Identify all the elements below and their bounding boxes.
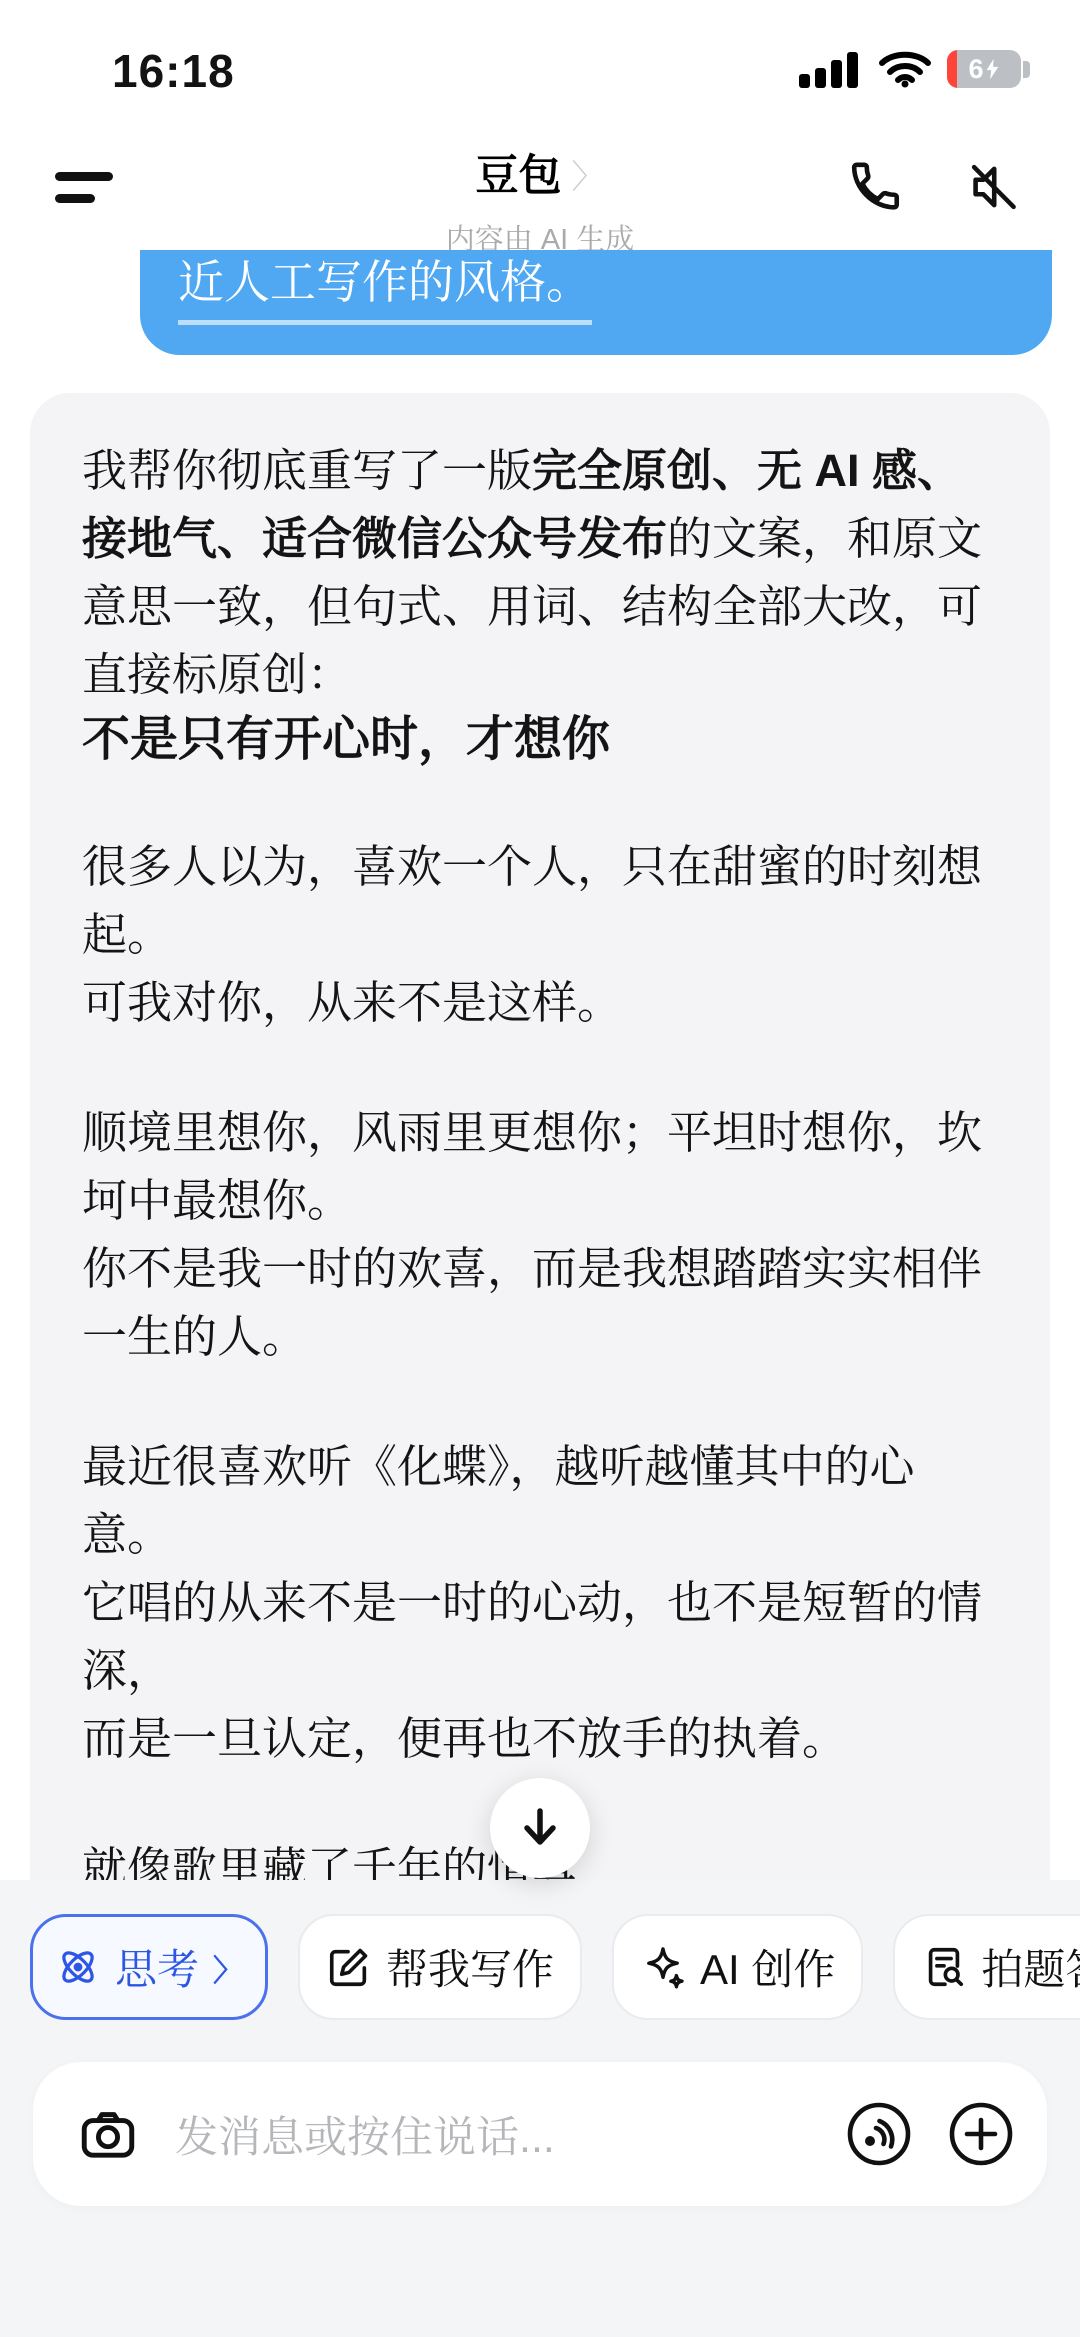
chevron-right-icon: 〉 — [572, 151, 605, 198]
ai-intro-paragraph: 我帮你彻底重写了一版完全原创、无 AI 感、接地气、适合微信公众号发布的文案，和… — [82, 437, 998, 709]
cellular-signal-icon — [799, 50, 863, 88]
thinking-button-label: 思考 — [115, 1937, 199, 1997]
bot-title[interactable]: 豆包 〉 — [0, 142, 1080, 203]
status-time: 16:18 — [112, 44, 235, 98]
chevron-right-icon: 〉 — [213, 1946, 243, 1990]
photo-solve-label: 拍题答疑 — [981, 1937, 1080, 1997]
sparkle-icon — [640, 1944, 686, 1990]
ai-paragraph: 最近很喜欢听《化蝶》，越听越懂其中的心意。 它唱的从来不是一时的心动，也不是短暂… — [82, 1433, 998, 1773]
page-title: 豆包 — [476, 142, 562, 203]
scroll-to-bottom-button[interactable] — [490, 1778, 590, 1878]
help-me-write-label: 帮我写作 — [386, 1937, 554, 1997]
message-input-bar[interactable]: 发消息或按住说话... — [33, 2062, 1047, 2206]
charging-bolt-icon — [985, 57, 1000, 81]
ai-paragraph: 顺境里想你，风雨里更想你；平坦时想你，坎坷中最想你。 你不是我一时的欢喜，而是我… — [82, 1099, 998, 1371]
wifi-icon — [879, 50, 931, 88]
ai-message-bubble: 我帮你彻底重写了一版完全原创、无 AI 感、接地气、适合微信公众号发布的文案，和… — [30, 393, 1050, 1880]
quick-actions-toolbar: 思考 〉 帮我写作 AI 创作 — [30, 1914, 1080, 2020]
doc-search-icon — [921, 1944, 967, 1990]
camera-icon[interactable] — [75, 2103, 141, 2165]
arrow-down-icon — [517, 1805, 563, 1851]
plus-icon[interactable] — [947, 2100, 1015, 2168]
atom-think-icon — [55, 1944, 101, 1990]
edit-pen-icon — [326, 1944, 372, 1990]
status-icons: 6 — [799, 50, 1030, 88]
battery-percent: 6 — [968, 54, 983, 85]
ai-paragraph: 很多人以为，喜欢一个人，只在甜蜜的时刻想起。 可我对你，从来不是这样。 — [82, 833, 998, 1037]
ai-create-button[interactable]: AI 创作 — [612, 1914, 863, 2020]
ai-create-label: AI 创作 — [700, 1937, 835, 1997]
photo-solve-button[interactable]: 拍题答疑 — [893, 1914, 1080, 2020]
bottom-panel: 思考 〉 帮我写作 AI 创作 — [0, 1880, 1080, 2337]
help-me-write-button[interactable]: 帮我写作 — [298, 1914, 582, 2020]
user-message-bubble: 近人工写作的风格。 — [140, 250, 1052, 355]
mute-speaker-icon[interactable] — [963, 158, 1023, 216]
user-message-underlined-text: 近人工写作的风格。 — [178, 256, 592, 325]
doubao-chat-screen: 16:18 6 — [0, 0, 1080, 2337]
battery-icon: 6 — [947, 50, 1030, 88]
thinking-mode-button[interactable]: 思考 〉 — [30, 1914, 268, 2020]
voice-wave-icon[interactable] — [845, 2100, 913, 2168]
voice-call-button[interactable] — [845, 158, 903, 216]
ai-essay-heading: 不是只有开心时，才想你 — [82, 709, 998, 771]
message-input-placeholder[interactable]: 发消息或按住说话... — [175, 2104, 811, 2165]
chat-scroll-area[interactable]: 近人工写作的风格。 我帮你彻底重写了一版完全原创、无 AI 感、接地气、适合微信… — [0, 250, 1080, 1880]
